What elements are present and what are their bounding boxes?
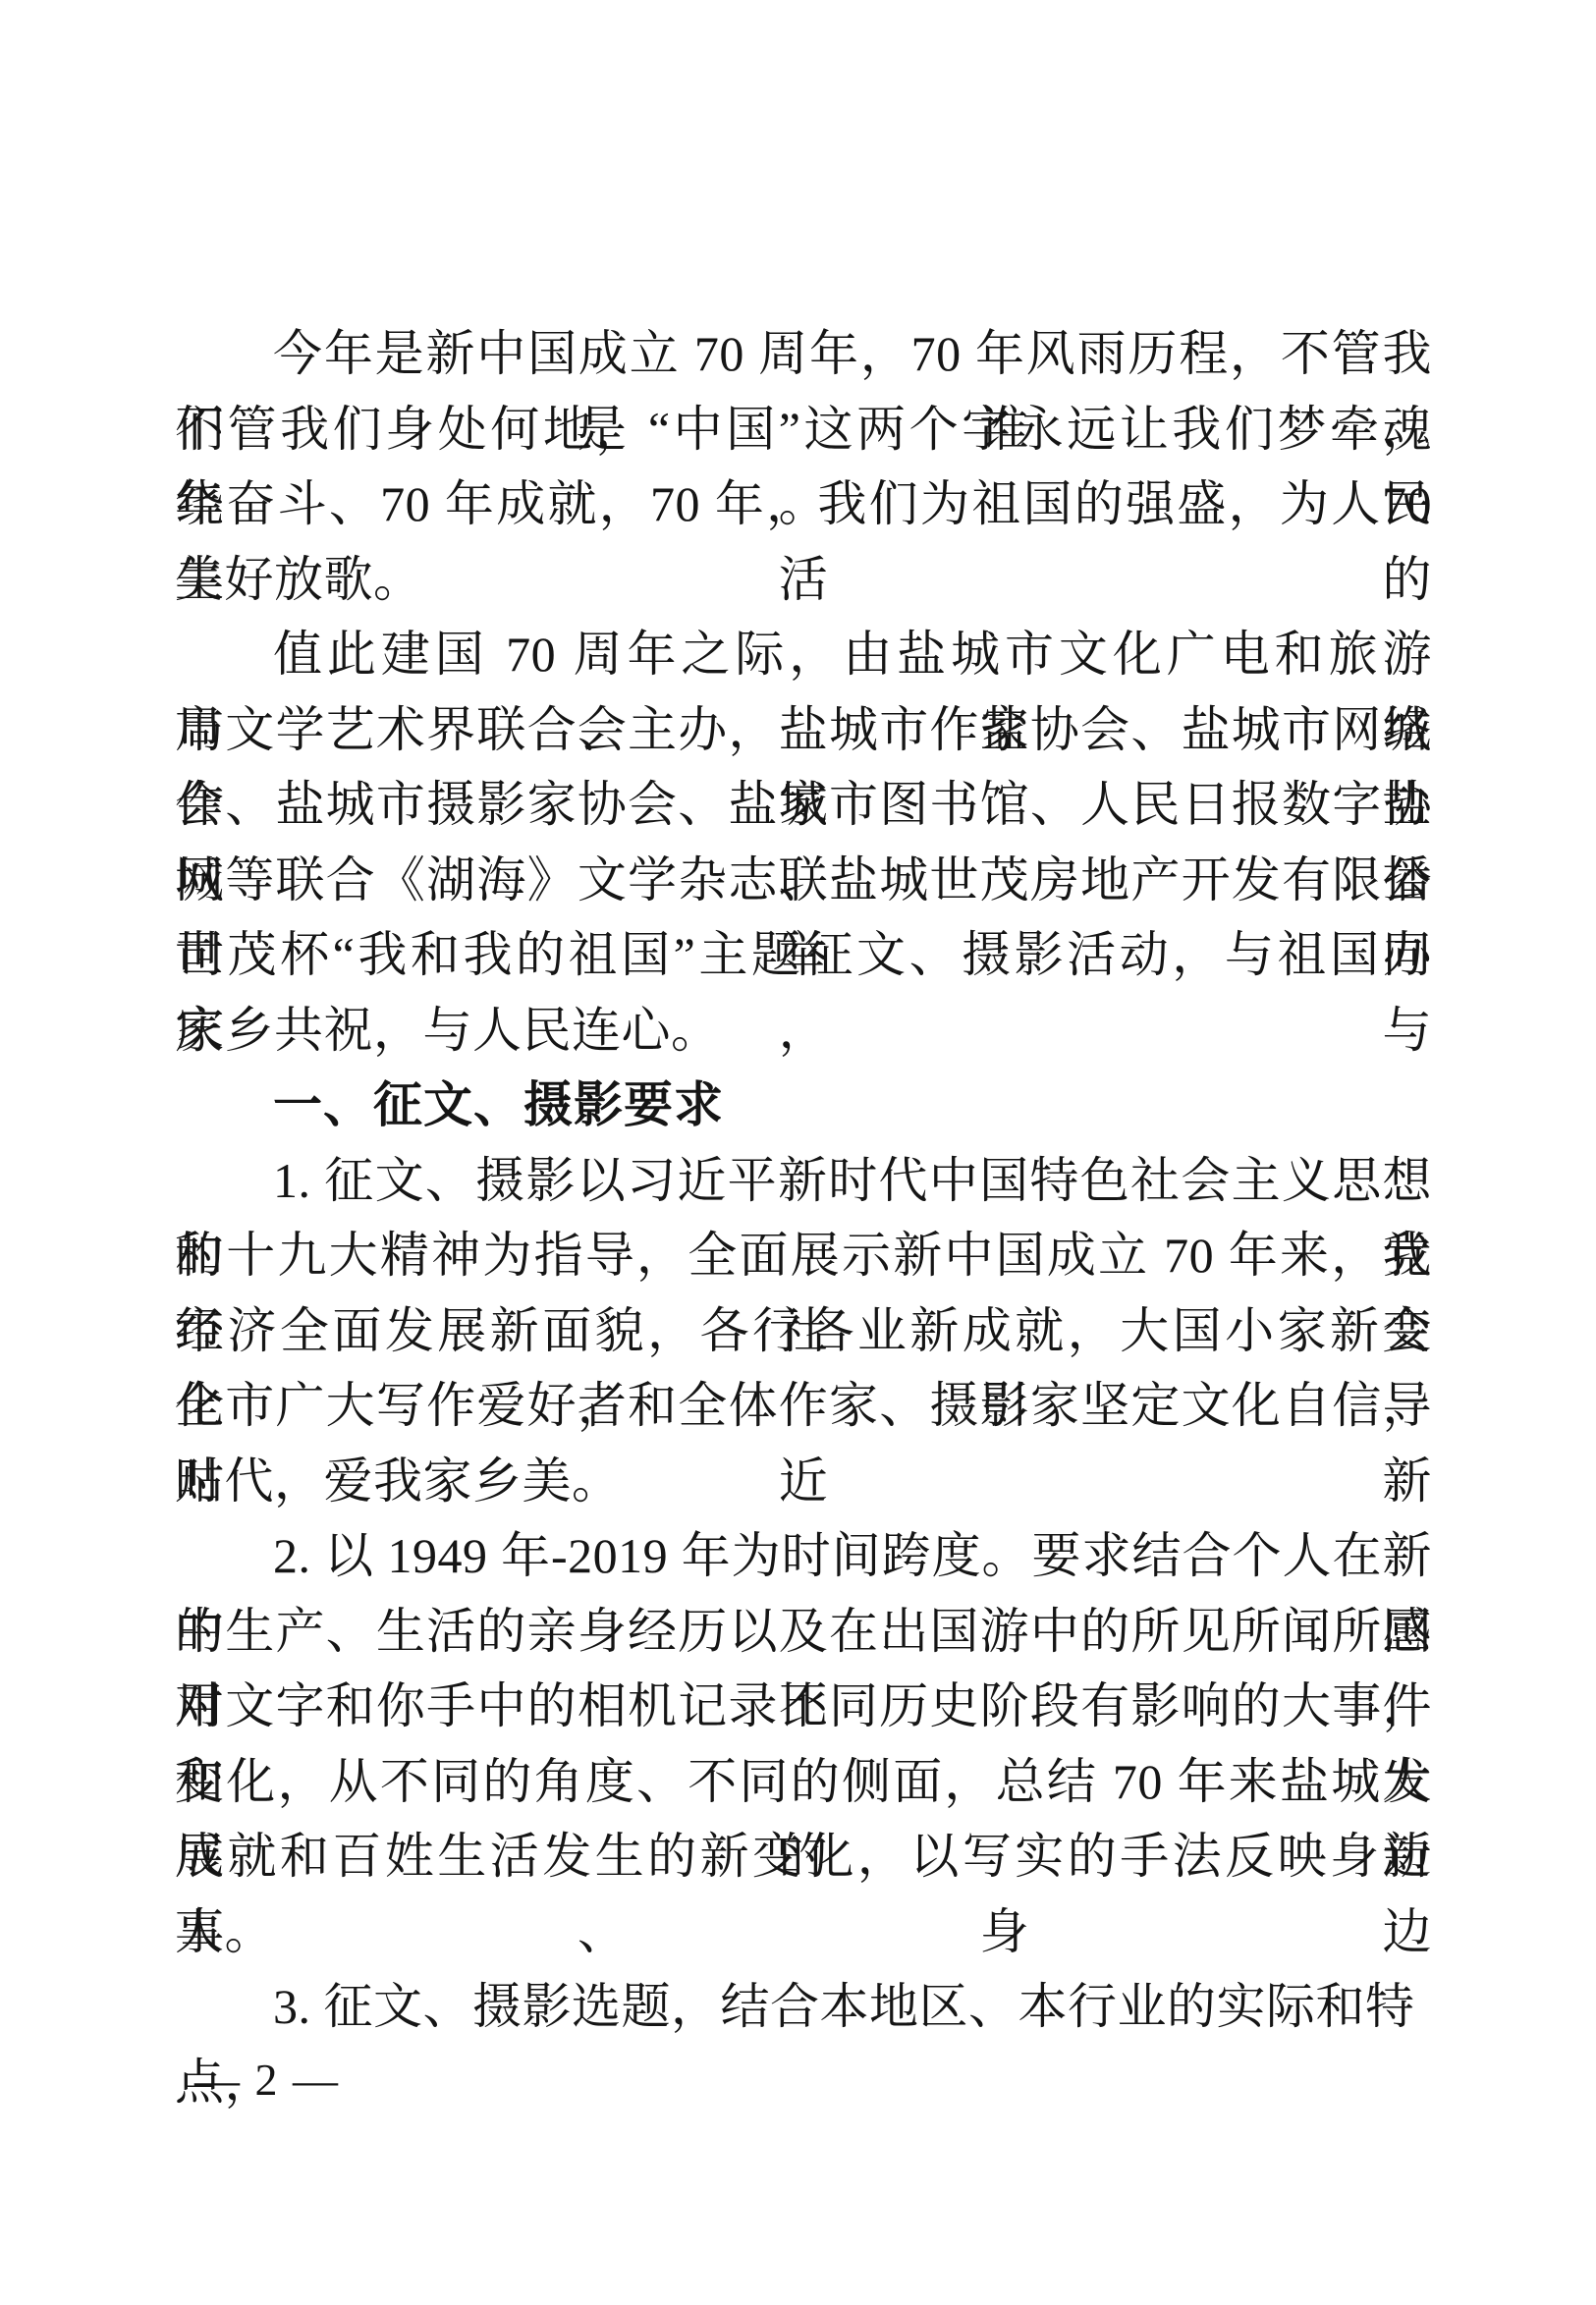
text-line: 3. 征文、摄影选题，结合本地区、本行业的实际和特点，: [175, 1969, 1432, 2045]
text-line: 的十九大精神为指导，全面展示新中国成立 70 年来，我市社会: [175, 1218, 1432, 1293]
text-line: 今年是新中国成立 70 周年，70 年风雨历程，不管我们是谁，: [175, 316, 1432, 392]
text-line: 变化，从不同的角度、不同的侧面，总结 70 年来盐城发展的新: [175, 1744, 1432, 1820]
text-line: 世茂杯“我和我的祖国”主题征文、摄影活动，与祖国同庆，与: [175, 917, 1432, 993]
text-line: 会、盐城市摄影家协会、盐城市图书馆、人民日报数字盐城联播: [175, 767, 1432, 843]
text-line: 2. 以 1949 年-2019 年为时间跨度。要求结合个人在新中国: [175, 1518, 1432, 1594]
text-line: 1. 征文、摄影以习近平新时代中国特色社会主义思想和党: [175, 1143, 1432, 1219]
section-heading: 一、征文、摄影要求: [175, 1068, 1432, 1143]
text-line: 经济全面发展新面貌，各行各业新成就，大国小家新变化，引导: [175, 1293, 1432, 1369]
page-number: — 2 —: [194, 2051, 340, 2110]
text-line: 成就和百姓生活发生的新变化，以写实的手法反映身边人、身边: [175, 1819, 1432, 1894]
text-line: 值此建国 70 周年之际，由盐城市文化广电和旅游局、盐城: [175, 617, 1432, 692]
text-line: 全市广大写作爱好者和全体作家、摄影家坚定文化自信，贴近新: [175, 1368, 1432, 1444]
text-line: 网等联合《湖海》文学杂志、盐城世茂房地产开发有限公司举办: [175, 843, 1432, 918]
text-line: 市文学艺术界联合会主办，盐城市作家协会、盐城市网络作家协: [175, 692, 1432, 768]
text-line: 年奋斗、70 年成就，70 年，我们为祖国的强盛，为人民生活的: [175, 466, 1432, 542]
document-page: 今年是新中国成立 70 周年，70 年风雨历程，不管我们是谁，不管我们身处何地，…: [0, 0, 1596, 2305]
text-line: 用文字和你手中的相机记录不同历史阶段有影响的大事件和大: [175, 1669, 1432, 1744]
text-line: 的生产、生活的亲身经历以及在出国游中的所见所闻所感对比，: [175, 1594, 1432, 1670]
document-body: 今年是新中国成立 70 周年，70 年风雨历程，不管我们是谁，不管我们身处何地，…: [175, 316, 1432, 2045]
text-line: 不管我们身处何地，“中国”这两个字永远让我们梦牵魂绕。70: [175, 392, 1432, 467]
